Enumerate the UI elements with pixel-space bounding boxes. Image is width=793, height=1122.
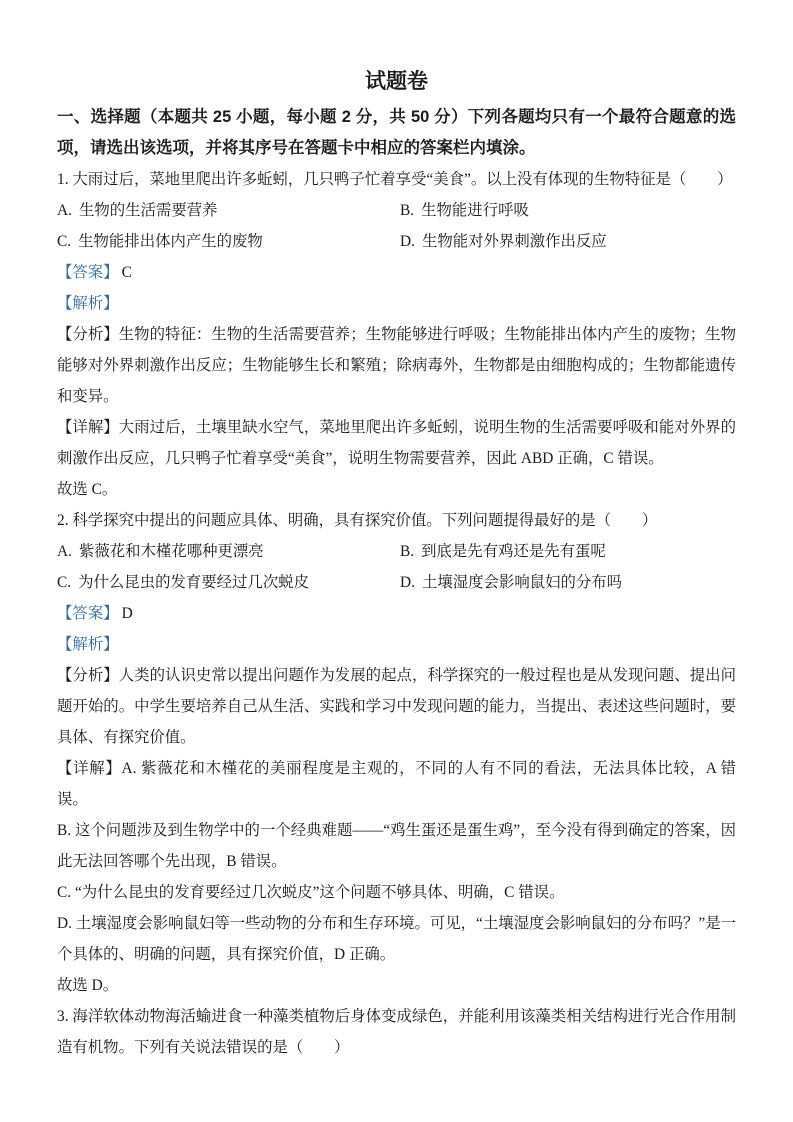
- option-d-text: 生物能对外界刺激作出反应: [422, 233, 607, 250]
- analysis-label: 【解析】: [57, 295, 119, 312]
- question-1-text: 1. 大雨过后，菜地里爬出许多蚯蚓，几只鸭子忙着享受“美食”。以上没有体现的生物…: [57, 164, 736, 195]
- answer-line: 【答案】C: [57, 257, 736, 288]
- question-1-block: 1. 大雨过后，菜地里爬出许多蚯蚓，几只鸭子忙着享受“美食”。以上没有体现的生物…: [57, 164, 736, 505]
- question-2-detail-a: 【详解】A. 紫薇花和木槿花的美丽程度是主观的，不同的人有不同的看法，无法具体比…: [57, 753, 736, 815]
- question-2-block: 2. 科学探究中提出的问题应具体、明确，具有探究价值。下列问题提得最好的是（ ）…: [57, 505, 736, 1001]
- question-2-text: 2. 科学探究中提出的问题应具体、明确，具有探究价值。下列问题提得最好的是（ ）: [57, 505, 736, 536]
- option-c: C.生物能排出体内产生的废物: [57, 226, 400, 257]
- option-b-label: B.: [400, 202, 414, 219]
- option-b-text: 到底是先有鸡还是先有蛋呢: [421, 543, 606, 560]
- option-b: B.到底是先有鸡还是先有蛋呢: [400, 536, 736, 567]
- question-2-conclusion: 故选 D。: [57, 970, 736, 1001]
- answer-value: C: [122, 264, 132, 281]
- answer-value: D: [122, 605, 133, 622]
- question-2-detail-d: D. 土壤湿度会影响鼠妇等一些动物的分布和生存环境。可见，“土壤湿度会影响鼠妇的…: [57, 908, 736, 970]
- option-b-text: 生物能进行呼吸: [421, 202, 529, 219]
- question-2-analysis: 【分析】人类的认识史常以提出问题作为发展的起点，科学探究的一般过程也是从发现问题…: [57, 660, 736, 753]
- page-title: 试题卷: [57, 64, 736, 100]
- option-c-label: C.: [57, 574, 71, 591]
- option-a: A.紫薇花和木槿花哪种更漂亮: [57, 536, 400, 567]
- answer-label: 【答案】: [57, 264, 119, 281]
- analysis-label: 【解析】: [57, 636, 119, 653]
- option-a-text: 紫薇花和木槿花哪种更漂亮: [79, 543, 264, 560]
- question-2-options: A.紫薇花和木槿花哪种更漂亮 B.到底是先有鸡还是先有蛋呢 C.为什么昆虫的发育…: [57, 536, 736, 598]
- question-1-analysis: 【分析】生物的特征：生物的生活需要营养；生物能够进行呼吸；生物能排出体内产生的废…: [57, 319, 736, 412]
- question-3-block: 3. 海洋软体动物海活蝓进食一种藻类植物后身体变成绿色，并能利用该藻类相关结构进…: [57, 1001, 736, 1063]
- option-b-label: B.: [400, 543, 414, 560]
- option-a-text: 生物的生活需要营养: [79, 202, 218, 219]
- question-1-options: A.生物的生活需要营养 B.生物能进行呼吸 C.生物能排出体内产生的废物 D.生…: [57, 195, 736, 257]
- analysis-header-line: 【解析】: [57, 288, 736, 319]
- option-b: B.生物能进行呼吸: [400, 195, 736, 226]
- option-d-label: D.: [400, 574, 415, 591]
- exam-paper-page: 试题卷 一、选择题（本题共 25 小题，每小题 2 分，共 50 分）下列各题均…: [0, 0, 793, 1122]
- option-c-text: 生物能排出体内产生的废物: [78, 233, 263, 250]
- option-d-text: 土壤湿度会影响鼠妇的分布吗: [422, 574, 622, 591]
- question-3-text: 3. 海洋软体动物海活蝓进食一种藻类植物后身体变成绿色，并能利用该藻类相关结构进…: [57, 1001, 736, 1063]
- question-1-detail: 【详解】大雨过后，土壤里缺水空气，菜地里爬出许多蚯蚓，说明生物的生活需要呼吸和能…: [57, 412, 736, 474]
- section-heading: 一、选择题（本题共 25 小题，每小题 2 分，共 50 分）下列各题均只有一个…: [57, 102, 736, 164]
- answer-label: 【答案】: [57, 605, 119, 622]
- question-2-detail-c: C. “为什么昆虫的发育要经过几次蜕皮”这个问题不够具体、明确，C 错误。: [57, 877, 736, 908]
- option-d: D.生物能对外界刺激作出反应: [400, 226, 736, 257]
- answer-line: 【答案】D: [57, 598, 736, 629]
- option-c-label: C.: [57, 233, 71, 250]
- question-2-detail-b: B. 这个问题涉及到生物学中的一个经典难题——“鸡生蛋还是蛋生鸡”，至今没有得到…: [57, 815, 736, 877]
- option-c: C.为什么昆虫的发育要经过几次蜕皮: [57, 567, 400, 598]
- option-d: D.土壤湿度会影响鼠妇的分布吗: [400, 567, 736, 598]
- option-d-label: D.: [400, 233, 415, 250]
- option-a-label: A.: [57, 543, 72, 560]
- question-1-conclusion: 故选 C。: [57, 474, 736, 505]
- option-c-text: 为什么昆虫的发育要经过几次蜕皮: [78, 574, 309, 591]
- option-a-label: A.: [57, 202, 72, 219]
- analysis-header-line: 【解析】: [57, 629, 736, 660]
- option-a: A.生物的生活需要营养: [57, 195, 400, 226]
